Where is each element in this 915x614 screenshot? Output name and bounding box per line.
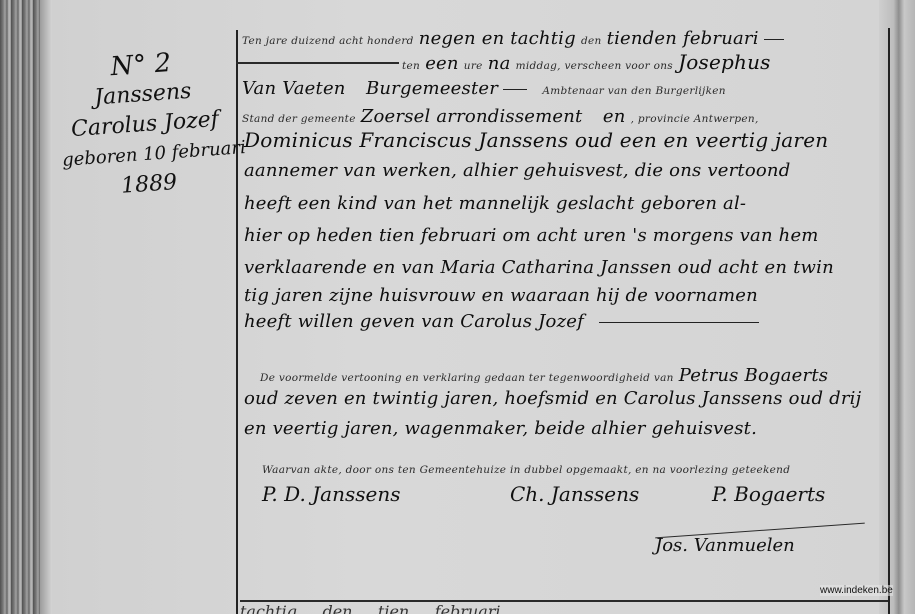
header-rule <box>236 62 399 64</box>
next-entry-partial: tachtig ... den ... tien ... februari <box>240 602 870 614</box>
line-2: ten een ure na middag, verscheen voor on… <box>402 50 771 74</box>
handwritten-witness-1: Petrus Bogaerts <box>679 365 828 386</box>
printed-text: Ambtenaar van den Burgerlijken <box>542 85 725 97</box>
handwritten-day: tienden februari <box>607 28 759 49</box>
filler-dash <box>599 322 759 324</box>
handwritten-text: heeft willen geven van Carolus Jozef <box>244 311 584 332</box>
line-9: verklaarende en van Maria Catharina Jans… <box>244 257 834 278</box>
binding-shadow <box>40 0 52 614</box>
handwritten-hour: een <box>425 53 459 74</box>
printed-text: middag, verscheen voor ons <box>516 60 673 72</box>
handwritten-title: Burgemeester <box>366 78 498 99</box>
signature-registrar: Jos. Vanmuelen <box>655 535 795 556</box>
register-page: N° 2 Janssens Carolus Jozef geboren 10 f… <box>0 0 915 614</box>
line-14: en veertig jaren, wagenmaker, beide alhi… <box>244 418 757 439</box>
handwritten-official-name: Josephus <box>678 50 771 74</box>
handwritten-municipality: Zoersel arrondissement <box>361 106 583 127</box>
line-4: Stand der gemeente Zoersel arrondissemen… <box>242 106 759 127</box>
handwritten-year: negen en tachtig <box>419 28 576 49</box>
line-8: hier op heden tien februari om acht uren… <box>244 225 819 246</box>
printed-text: , provincie Antwerpen, <box>631 113 759 125</box>
watermark: www.indeken.be <box>820 585 893 596</box>
line-10: tig jaren zijne huisvrouw en waaraan hij… <box>244 285 758 306</box>
printed-text: Ten jare duizend acht honderd <box>242 35 414 47</box>
printed-text: den <box>581 35 602 47</box>
line-6: aannemer van werken, alhier gehuisvest, … <box>244 160 790 181</box>
signature-witness-1: P. Bogaerts <box>712 482 825 506</box>
filler-dash <box>764 39 784 41</box>
line-13: oud zeven en twintig jaren, hoefsmid en … <box>244 388 861 409</box>
line-12: De voormelde vertooning en verklaring ge… <box>260 365 828 386</box>
line-1: Ten jare duizend acht honderd negen en t… <box>242 28 784 49</box>
printed-text: De voormelde vertooning en verklaring ge… <box>260 372 674 384</box>
line-5: Dominicus Franciscus Janssens oud een en… <box>244 128 828 152</box>
line-7: heeft een kind van het mannelijk geslach… <box>244 193 746 214</box>
filler-dash <box>503 89 527 91</box>
right-frame-line <box>888 28 890 614</box>
signature-father: P. D. Janssens <box>262 482 401 506</box>
handwritten-text: en <box>603 106 626 127</box>
handwritten-surname: Van Vaeten <box>242 78 346 99</box>
left-frame-line <box>236 30 238 614</box>
line-11: heeft willen geven van Carolus Jozef <box>244 311 759 332</box>
signature-witness-2: Ch. Janssens <box>510 482 639 506</box>
page-right-edge <box>879 0 915 614</box>
line-3: Van Vaeten Burgemeester Ambtenaar van de… <box>242 78 726 99</box>
margin-annotation: N° 2 Janssens Carolus Jozef geboren 10 f… <box>55 44 235 205</box>
handwritten-ampm: na <box>488 53 511 74</box>
printed-text: ure <box>464 60 483 72</box>
printed-text: ten <box>402 60 420 72</box>
printed-text: Stand der gemeente <box>242 113 356 125</box>
line-15: Waarvan akte, door ons ten Gemeentehuize… <box>262 464 790 476</box>
